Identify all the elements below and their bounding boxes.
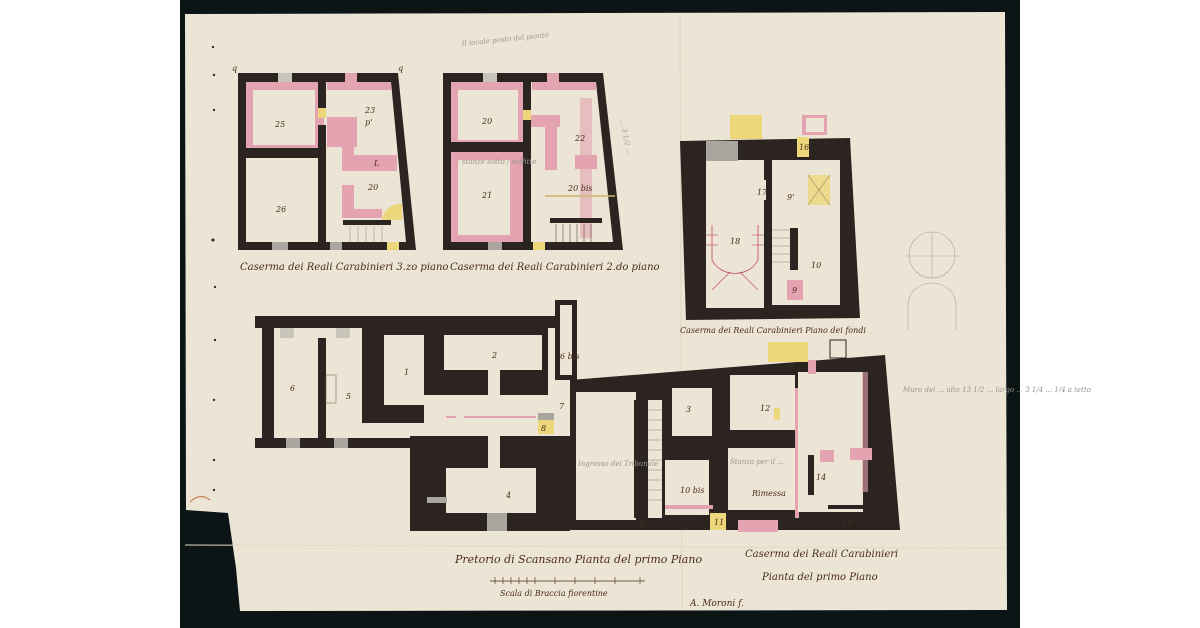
room-label: 4 <box>505 491 511 500</box>
room-label: 20 <box>481 117 492 126</box>
caption-third-floor: Caserma dei Reali Carabinieri 3.zo piano <box>240 262 448 273</box>
marker-label: q <box>232 64 237 73</box>
plan-second-floor: 20 21 22 20 bis stanze sotto / soffitte … <box>443 73 633 250</box>
room-label: 11 <box>714 518 724 527</box>
room-label: 16 <box>799 143 809 152</box>
room-label: 20 <box>367 183 378 192</box>
caption-pretorio: Pretorio di Scansano Pianta del primo Pi… <box>454 553 702 566</box>
room-label: 9' <box>787 193 794 202</box>
plan-ground-floor: 18 17 16 9' 10 9 <box>680 115 860 320</box>
room-label: 10 bis <box>680 486 705 495</box>
room-label: 18 <box>730 237 740 246</box>
room-label: 22 <box>574 134 585 143</box>
room-label: 10 <box>811 261 821 270</box>
room-label: 2 <box>491 351 497 360</box>
pencil-note-right: Muro del ... alto 13 1/2 ... largo ... 3… <box>902 386 1091 394</box>
room-label: 12 <box>760 404 770 413</box>
pencil-room-note: Ingresso del Tribunale <box>577 460 658 468</box>
caption-ground-floor: Caserma dei Reali Carabinieri Piano dei … <box>680 326 866 335</box>
marker-label: L <box>373 159 379 168</box>
room-label: 8 <box>541 424 546 433</box>
room-label: 20 bis <box>567 184 593 193</box>
room-label: 17 <box>757 188 768 197</box>
marker-label: p' <box>365 118 372 127</box>
caption-caserma-first: Caserma dei Reali Carabinieri <box>745 549 898 560</box>
pencil-note: stanze sotto / soffitte <box>462 158 536 166</box>
room-label: 25 <box>274 120 285 129</box>
plan-third-floor: 25 26 23 20 q q p' L <box>232 64 416 250</box>
room-label: 23 <box>364 106 375 115</box>
room-label: 5 <box>346 392 351 401</box>
caption-second-floor: Caserma dei Reali Carabinieri 2.do piano <box>450 262 660 273</box>
scale-bar-label: Scala di Braccia fiorentine <box>500 589 608 598</box>
pencil-room-note: Stanza per il ... <box>730 458 784 466</box>
room-label: 1 <box>404 368 409 377</box>
room-label: 6 <box>290 384 295 393</box>
room-label: 14 <box>816 473 826 482</box>
room-label: 19 <box>842 518 852 527</box>
room-label: 26 <box>275 205 286 214</box>
room-label: 3 <box>686 405 691 414</box>
room-label: 10 <box>681 515 691 524</box>
architectural-drawing-sheet: Il locale posto del pianto 25 26 23 <box>0 0 1200 628</box>
room-label: 9 <box>792 286 797 295</box>
room-label: 21 <box>481 191 492 200</box>
caption-caserma-pianta: Pianta del primo Piano <box>761 572 878 583</box>
signature: A. Moroni f. <box>689 599 744 609</box>
room-label: 6 bis <box>560 352 579 361</box>
room-label: Rimessa <box>751 489 786 498</box>
room-label: 9 <box>640 519 645 528</box>
marker-label: q <box>398 64 403 73</box>
